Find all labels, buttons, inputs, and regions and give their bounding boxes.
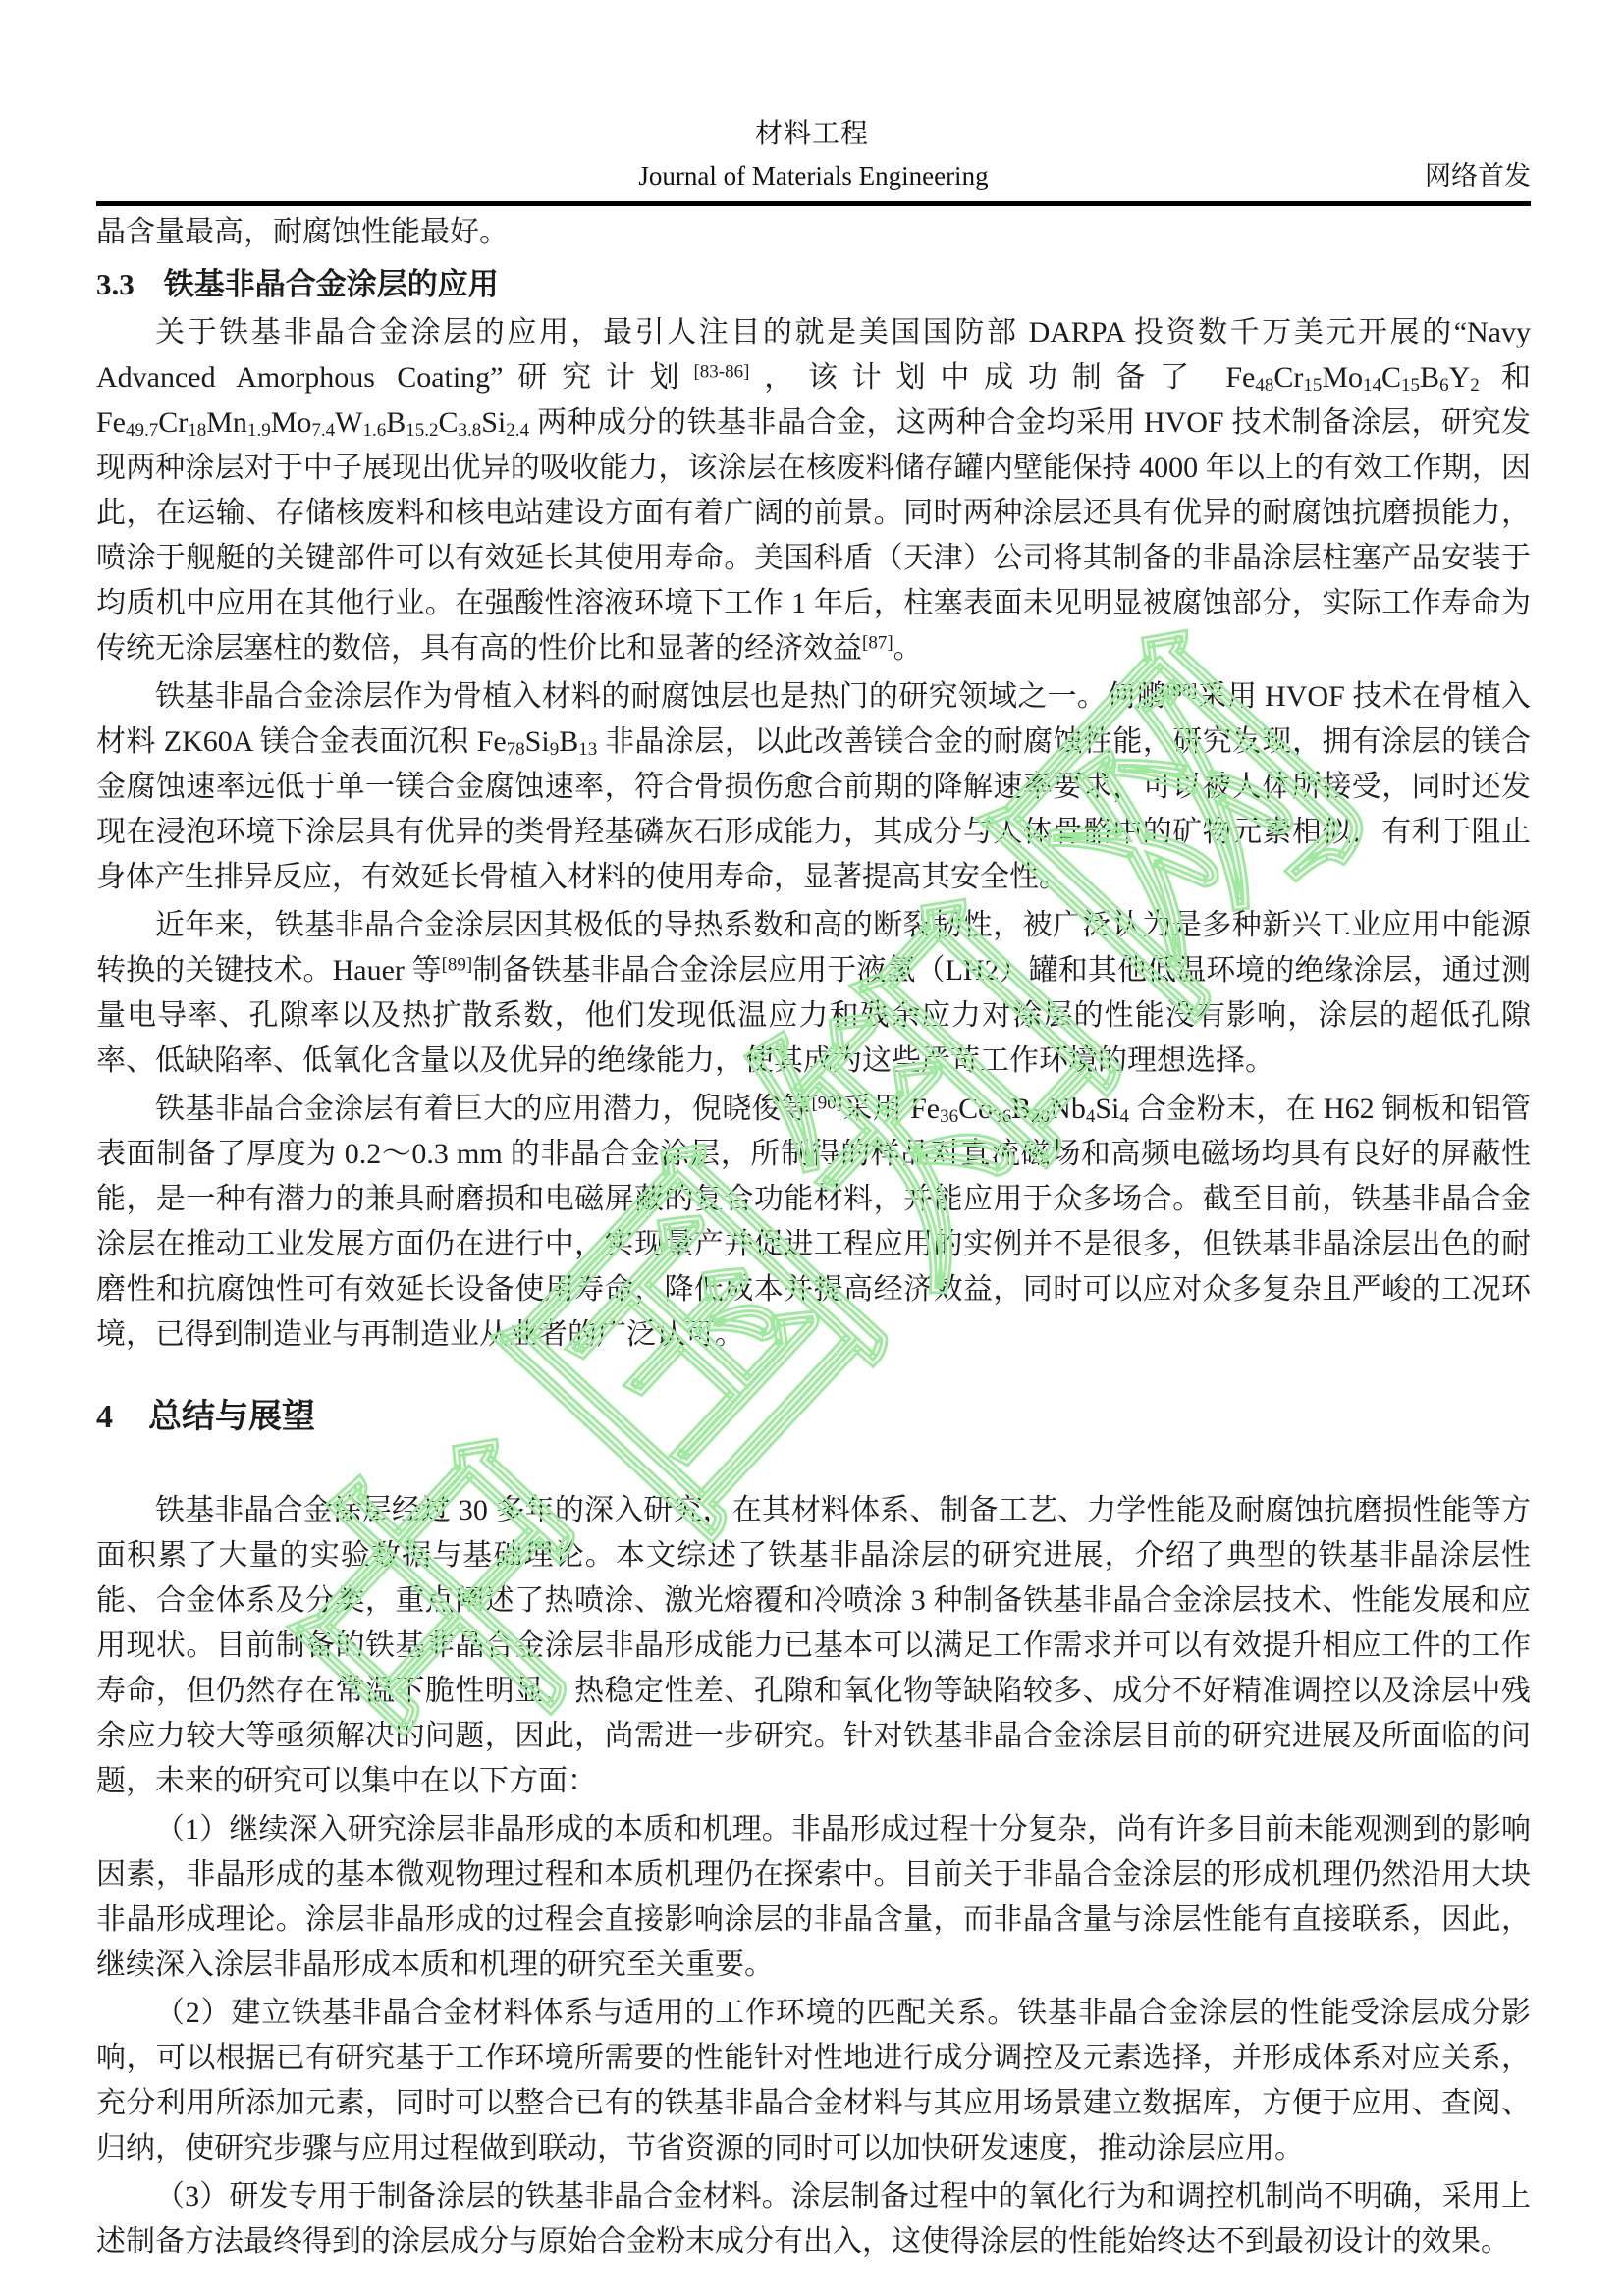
subscript: 48 [1255,375,1273,396]
subscript: 18 [188,420,206,441]
journal-title-cn: 材料工程 [0,118,1624,151]
subscript: 3.8 [458,420,481,441]
paragraph: 晶含量最高，耐腐蚀性能最好。 [96,210,1531,255]
paragraph: 铁基非晶合金涂层经过 30 多年的深入研究，在其材料体系、制备工艺、力学性能及耐… [96,1488,1531,1804]
subscript: 36 [993,1106,1011,1127]
citation-superscript: [88] [1166,681,1198,702]
subscript: 4 [1086,1106,1096,1127]
page: 材料工程 Journal of Materials Engineering 网络… [0,0,1624,2296]
subscript: 36 [940,1106,958,1127]
section-title: 铁基非晶合金涂层的应用 [164,267,499,301]
subscript: 13 [578,739,597,760]
subscript: 15 [1401,375,1420,396]
paragraph: （2）建立铁基非晶合金材料体系与适用的工作环境的匹配关系。铁基非晶合金涂层的性能… [96,1991,1531,2171]
header-rule [96,201,1531,206]
subscript: 14 [1363,375,1381,396]
citation-superscript: [90] [811,1094,842,1114]
subscript: 7.4 [311,420,335,441]
paragraph: （1）继续深入研究涂层非晶形成的本质和机理。非晶形成过程十分复杂，尚有许多目前未… [96,1807,1531,1988]
section-heading: 4总结与展望 [96,1393,1531,1441]
subscript: 1.6 [362,420,386,441]
citation-superscript: [89] [442,955,473,976]
paragraph: 近年来，铁基非晶合金涂层因其极低的导热系数和高的断裂韧性，被广泛认为是多种新兴工… [96,903,1531,1084]
subscript: 4 [1119,1106,1129,1127]
subscript: 78 [507,739,525,760]
section-heading: 3.3铁基非晶合金涂层的应用 [96,262,1531,307]
journal-title-en: Journal of Materials Engineering [96,157,1531,194]
subscript: 2 [1470,375,1480,396]
subscript: 15 [1303,375,1322,396]
subscript: 9 [550,739,560,760]
section-title: 总结与展望 [148,1398,315,1435]
paragraph: （3）研发专用于制备涂层的铁基非晶合金材料。涂层制备过程中的氧化行为和调控机制尚… [96,2174,1531,2265]
document-body: 晶含量最高，耐腐蚀性能最好。3.3铁基非晶合金涂层的应用关于铁基非晶合金涂层的应… [96,210,1531,2268]
paragraph: 铁基非晶合金涂层有着巨大的应用潜力，倪晓俊等[90]采用 Fe36Co36B20… [96,1087,1531,1358]
paragraph: 关于铁基非晶合金涂层的应用，最引人注目的就是美国国防部 DARPA 投资数千万美… [96,310,1531,671]
subscript: 20 [1031,1106,1050,1127]
subscript: 1.9 [247,420,271,441]
paragraph: 铁基非晶合金涂层作为骨植入材料的耐腐蚀层也是热门的研究领域之一。何鹏[88]采用… [96,674,1531,900]
subscript: 6 [1439,375,1449,396]
online-first-badge: 网络首发 [1425,157,1531,194]
section-number: 3.3 [96,267,135,301]
citation-superscript: [87] [862,633,893,654]
subscript: 2.4 [506,420,529,441]
section-number: 4 [96,1399,113,1435]
citation-superscript: [83-86] [693,362,749,383]
journal-subheader-row: Journal of Materials Engineering 网络首发 [96,157,1531,194]
subscript: 49.7 [126,420,158,441]
subscript: 15.2 [406,420,438,441]
